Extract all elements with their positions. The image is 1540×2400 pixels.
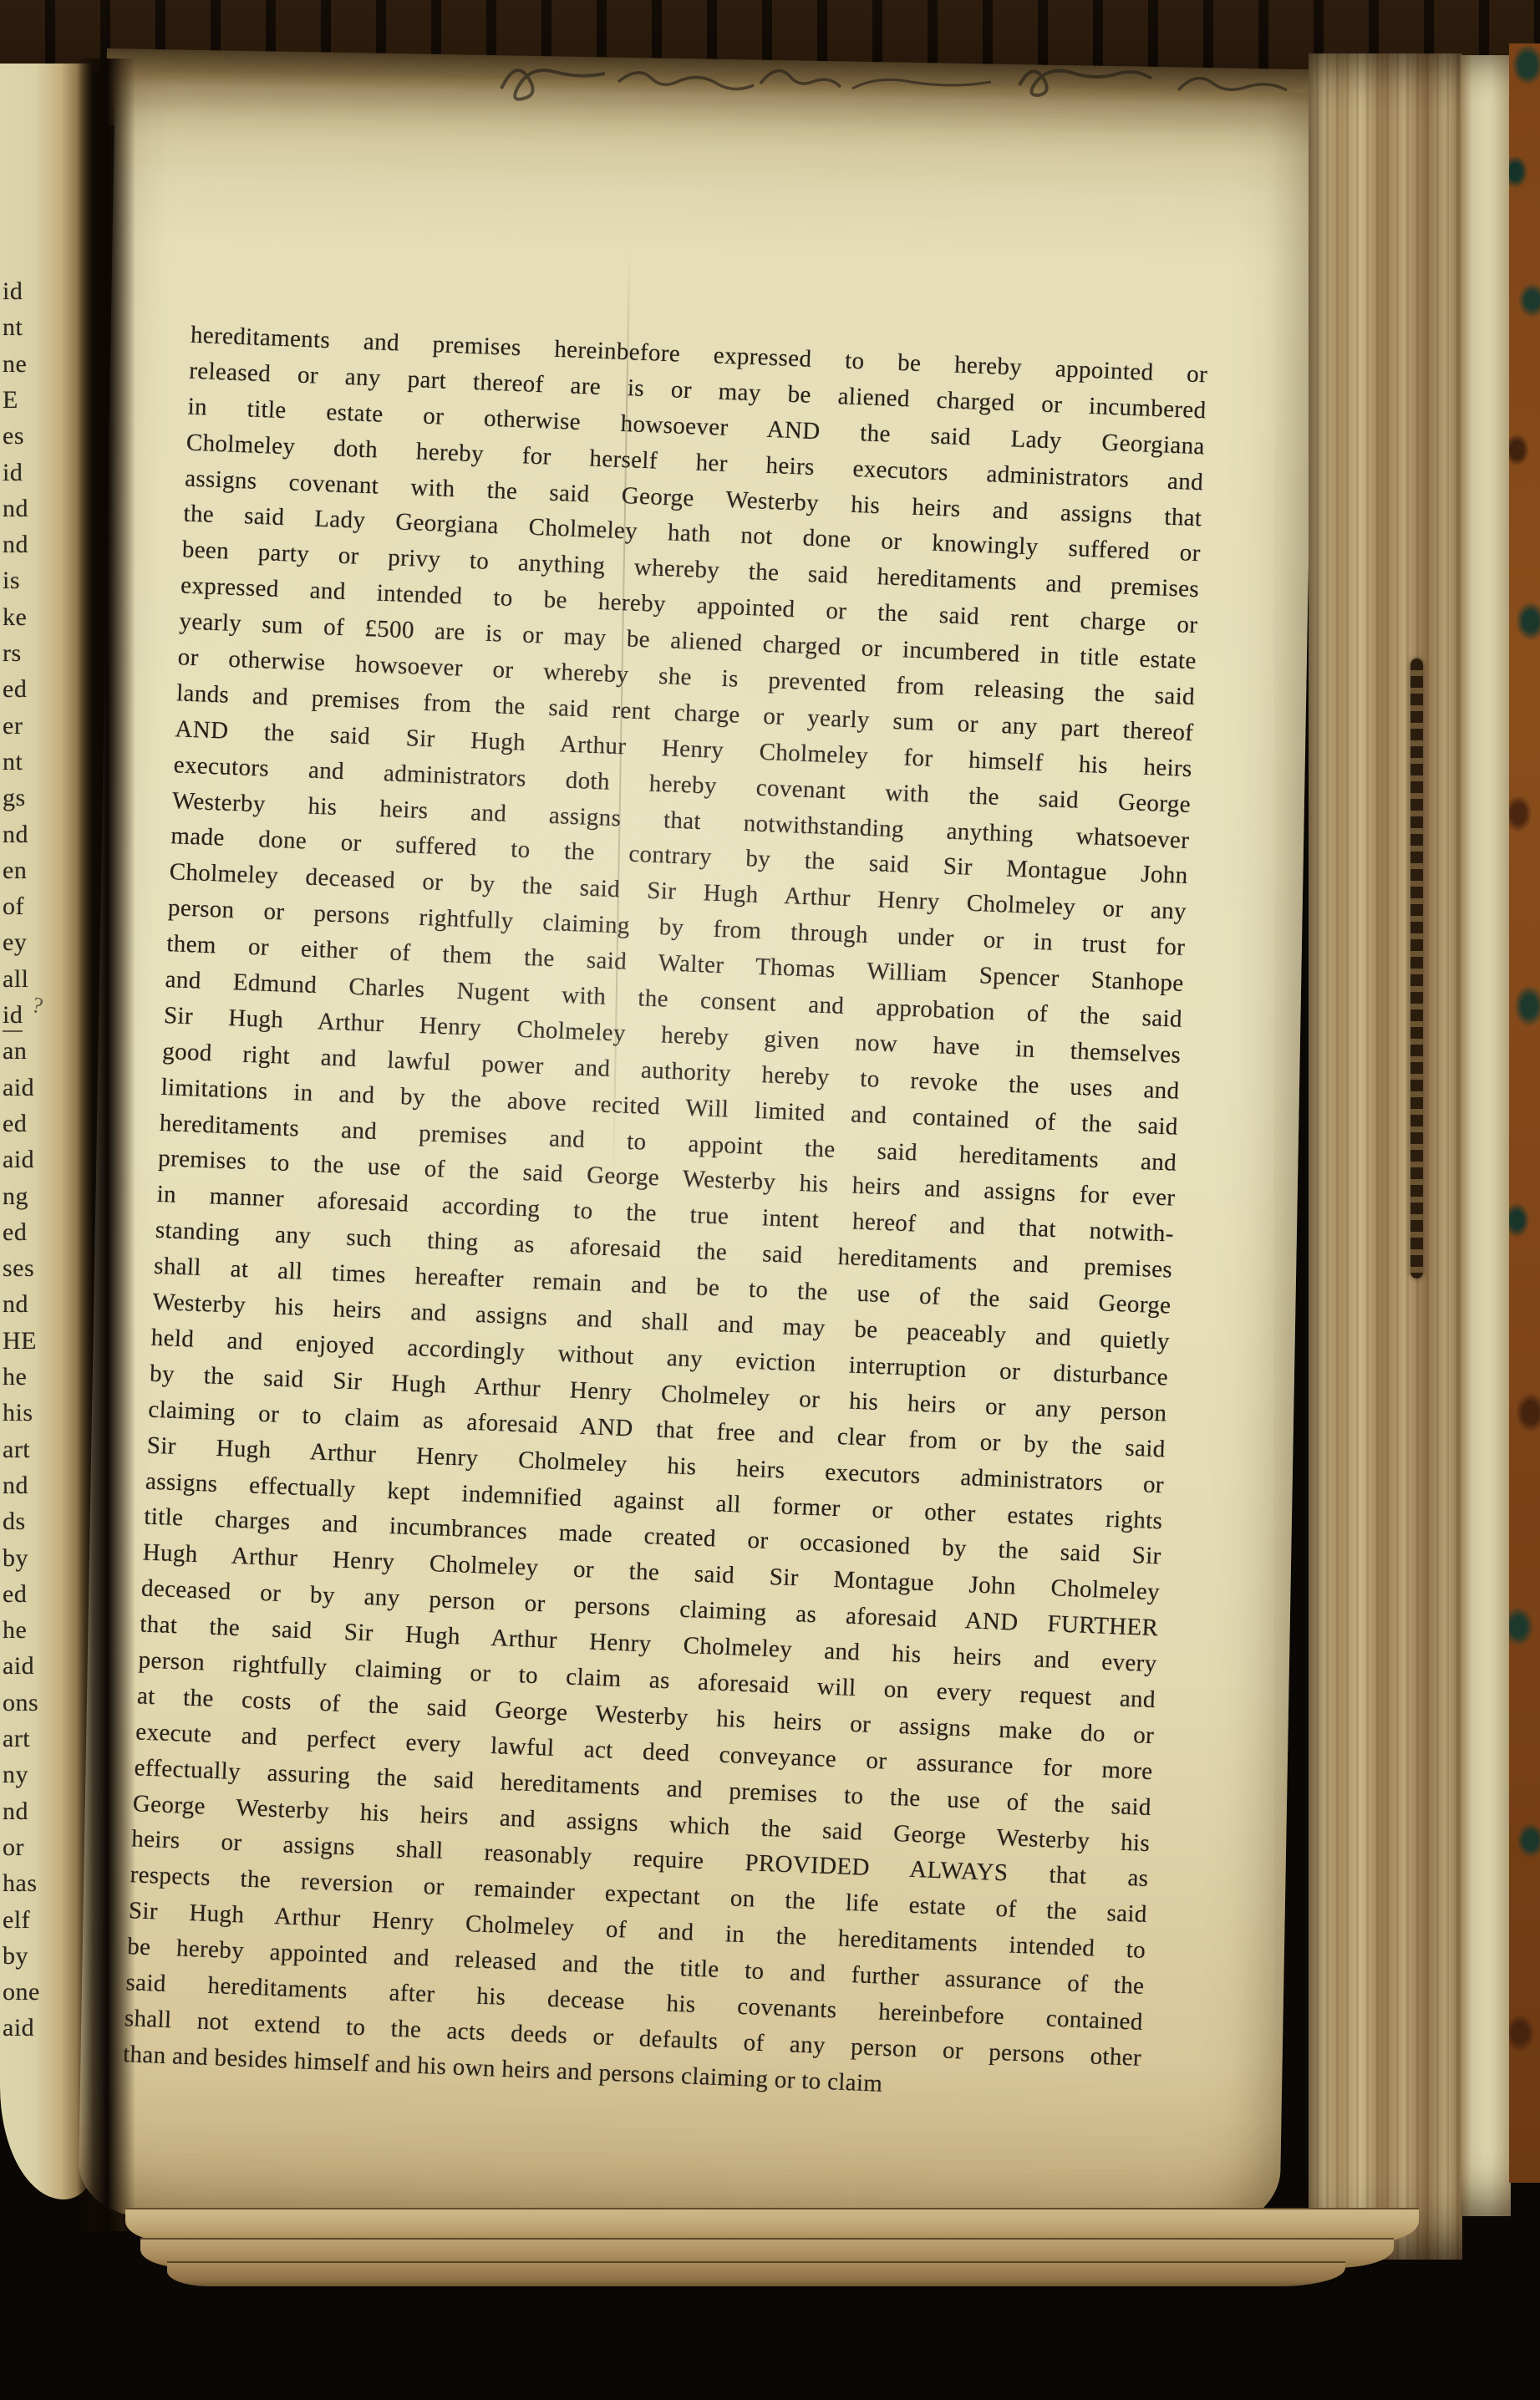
main-page: hereditaments and premises hereinbefore …	[78, 72, 1317, 2237]
left-page-fragment: art	[3, 1436, 30, 1464]
left-page-fragment: an	[3, 1037, 27, 1065]
left-page-fragment: nt	[3, 748, 23, 776]
gutter-shadow	[77, 58, 135, 2231]
pencil-question-mark: ?	[29, 992, 45, 1019]
left-page-fragment: nd	[3, 821, 28, 849]
printed-text-block: hereditaments and premises hereinbefore …	[122, 318, 1208, 2113]
left-page-fragment: ed	[3, 675, 27, 704]
marbled-cover-edge	[1509, 43, 1540, 2183]
left-page-fragment: er	[3, 712, 23, 740]
left-page-fragment: by	[3, 1942, 28, 1970]
left-page-fragment: of	[3, 892, 24, 921]
left-page-fragment: ons	[3, 1689, 38, 1717]
left-page-fragment: ses	[3, 1254, 34, 1283]
left-page-fragment: id	[3, 277, 23, 306]
page-stack-edges	[1309, 53, 1462, 2260]
left-page-fragment: ng	[3, 1182, 28, 1211]
left-page-fragment: or	[3, 1833, 24, 1862]
left-page-fragment: ey	[3, 928, 27, 957]
left-page-fragment: nt	[3, 313, 23, 342]
left-page-fragment: ke	[3, 603, 27, 632]
left-page-fragment: aid	[3, 2014, 34, 2042]
left-page-fragment: he	[3, 1616, 27, 1645]
left-page-fragment: aid	[3, 1146, 34, 1174]
left-page-fragment: ne	[3, 350, 27, 379]
left-page-fragment: ed	[3, 1110, 27, 1138]
left-page-fragment: art	[3, 1725, 30, 1753]
left-page-fragment: has	[3, 1869, 38, 1898]
left-page-fragment: E	[3, 386, 18, 414]
left-page-fragment: nd	[3, 1472, 28, 1500]
left-page-fragment: en	[3, 857, 27, 885]
left-page-fragment: is	[3, 567, 20, 595]
left-page-fragment: his	[3, 1399, 33, 1427]
left-page-fragment: by	[3, 1544, 28, 1573]
stitched-edge-detail	[1410, 658, 1423, 1279]
left-page-fragment: aid	[3, 1652, 34, 1681]
flyleaf-edge-strip	[1461, 55, 1511, 2216]
left-page-fragment: id	[3, 459, 23, 487]
left-page-fragment: ed	[3, 1218, 27, 1247]
left-page-fragment: id	[3, 1001, 23, 1032]
left-page-fragment: es	[3, 422, 24, 450]
left-page-fragment: ds	[3, 1508, 26, 1536]
left-page-fragment: ed	[3, 1580, 27, 1609]
left-page-fragment: nd	[3, 531, 28, 559]
left-page-fragment: elf	[3, 1906, 30, 1935]
left-page-fragment: rs	[3, 639, 22, 668]
handwriting-scrawl	[485, 30, 1312, 114]
left-page-fragment: aid	[3, 1074, 34, 1102]
left-page-fragment: nd	[3, 1290, 28, 1319]
left-page-fragment: all	[3, 965, 29, 994]
left-page-fragment: he	[3, 1363, 27, 1391]
left-page-fragment: ny	[3, 1761, 28, 1789]
left-page-fragment: nd	[3, 495, 28, 523]
left-page-fragment: one	[3, 1978, 40, 2006]
left-page-fragment: gs	[3, 784, 26, 812]
left-page-fragment: nd	[3, 1797, 28, 1826]
bottom-page-edge-3	[167, 2261, 1345, 2286]
book-photo: idntneEesidndndiskersederntgsndenofeyall…	[0, 0, 1540, 2400]
left-page-fragment: HE	[3, 1327, 37, 1355]
